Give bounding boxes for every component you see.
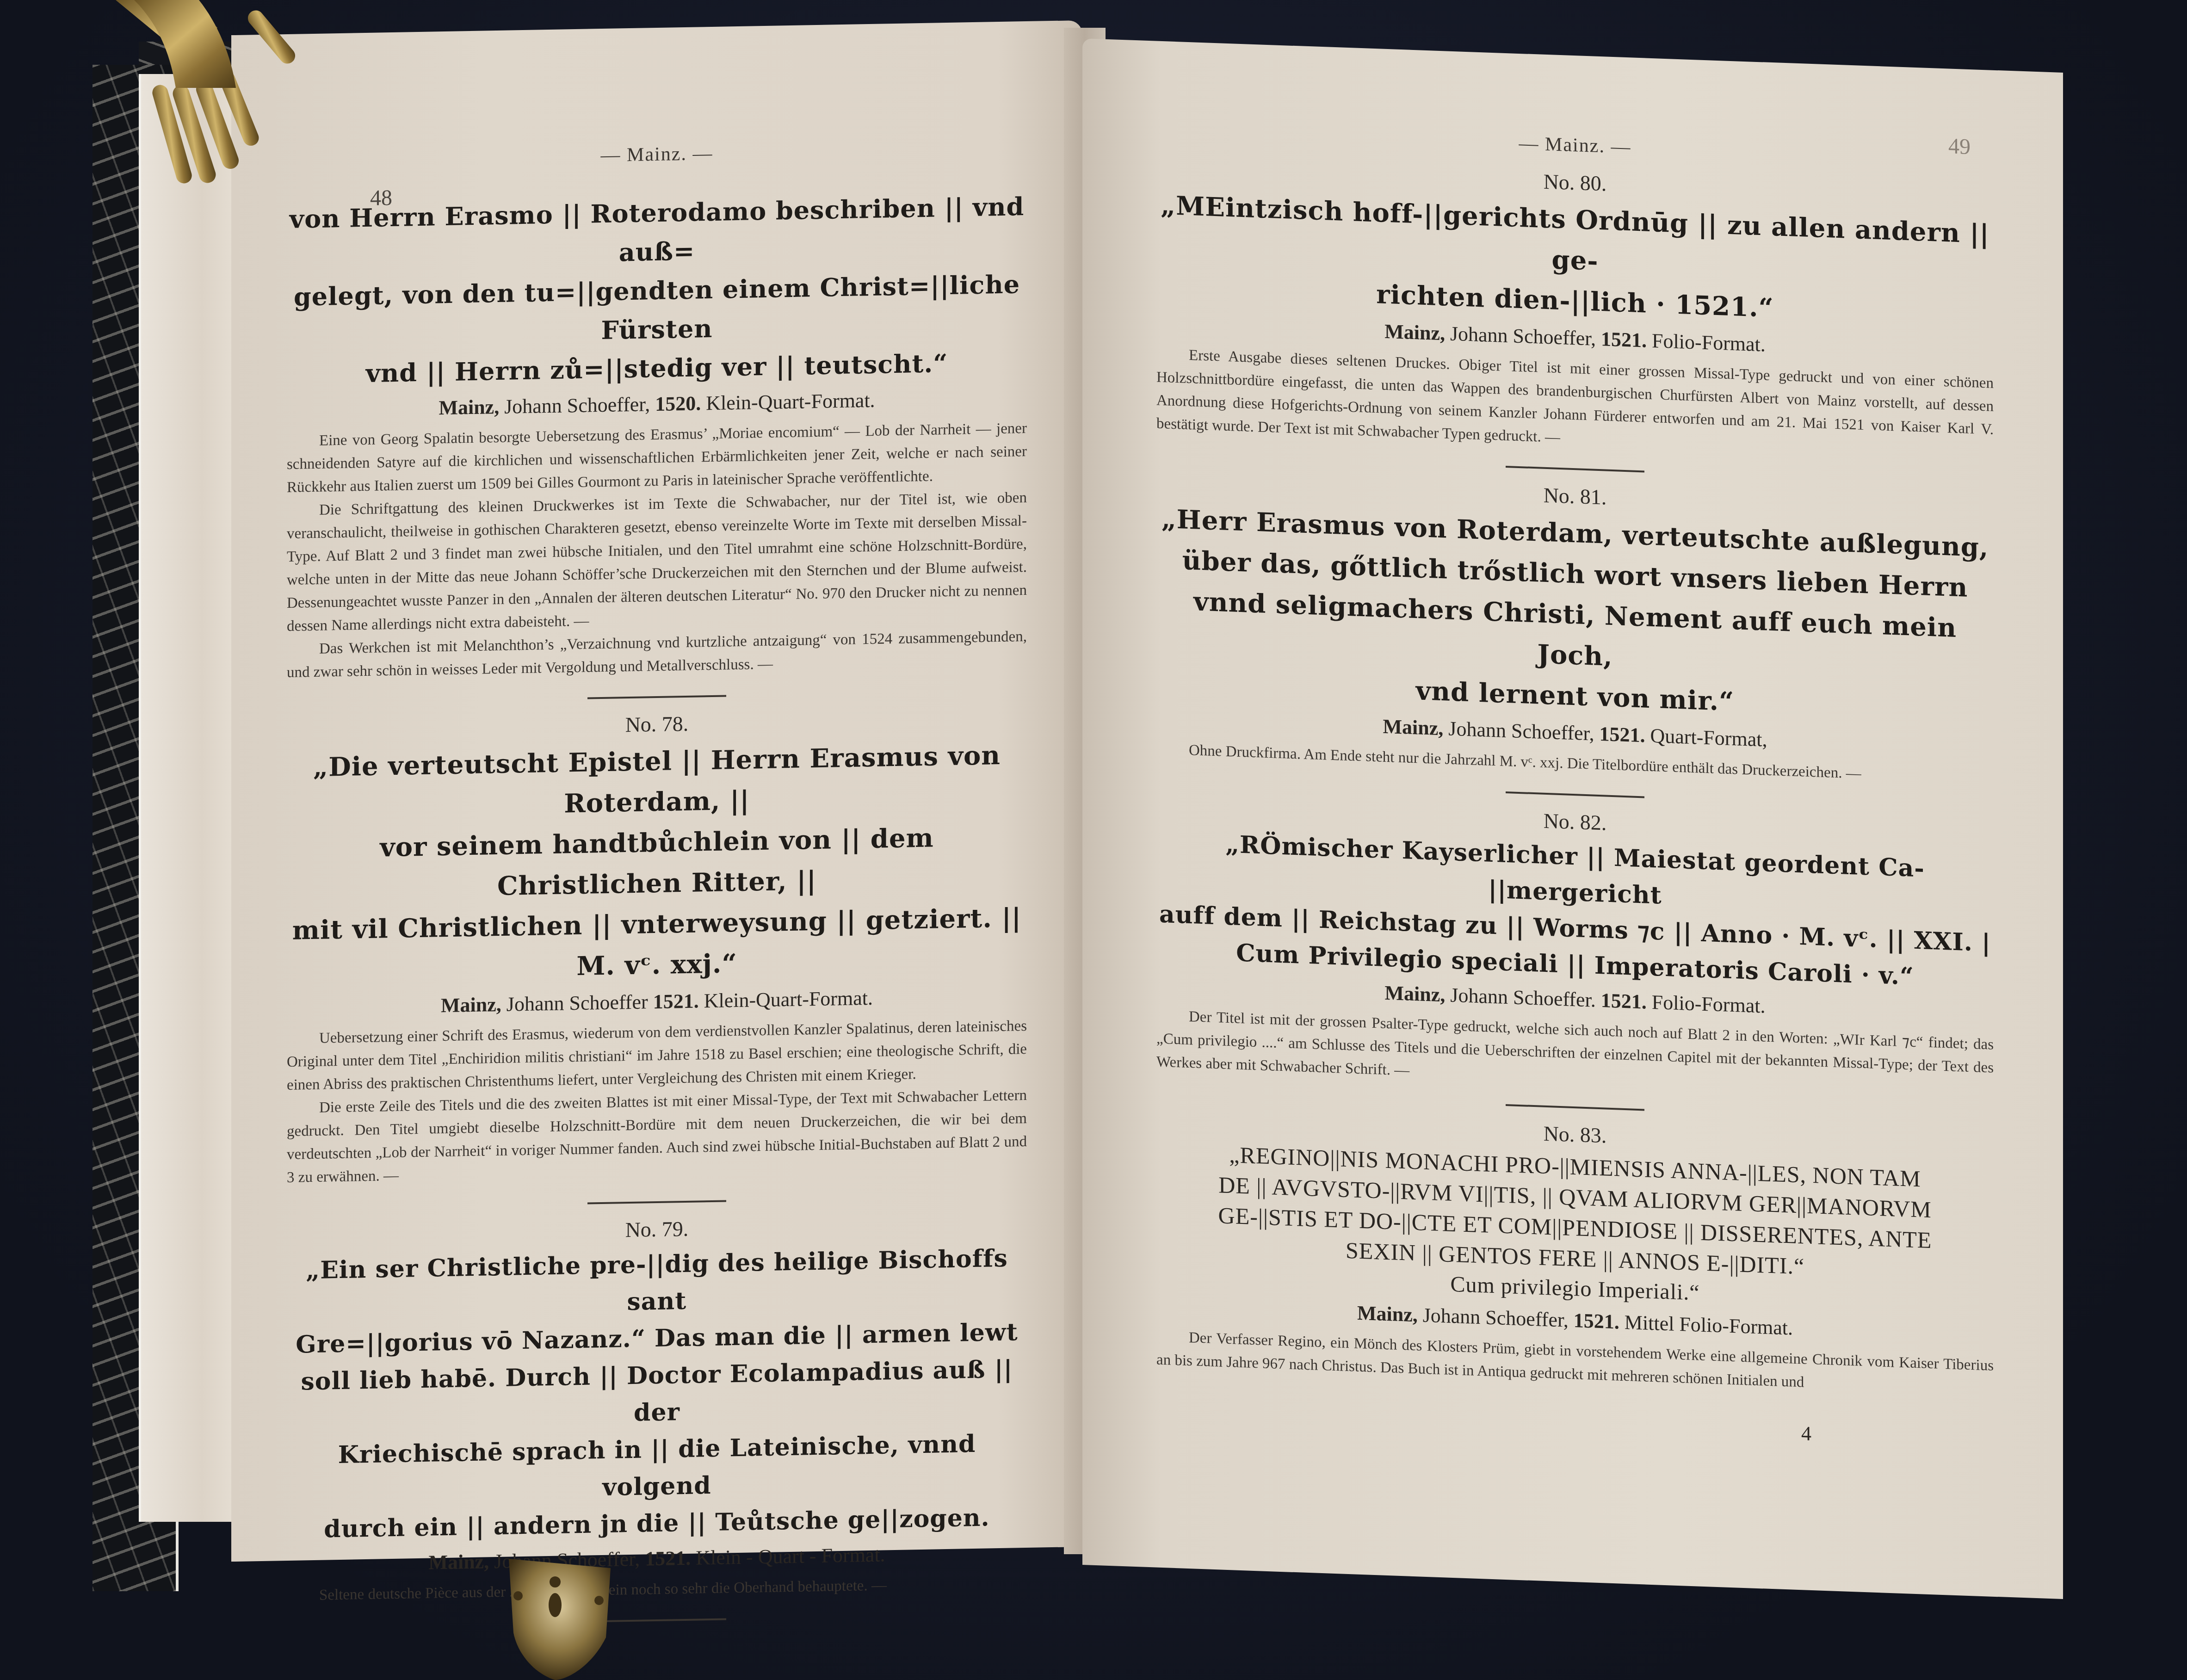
entry-83: No. 83. „REGINO||NIS MONACHI PRO-||MIENS… [1156, 1108, 1994, 1401]
page-number: 48 [370, 185, 392, 211]
page-number: 49 [1948, 133, 1971, 160]
divider-rule [1506, 1104, 1644, 1111]
divider-rule [587, 1200, 726, 1204]
entry-79: No. 79. „Ein ser Christliche pre-||dig d… [287, 1211, 1027, 1607]
entry-title: „Herr Erasmus von Roterdam, verteutschte… [1156, 499, 1994, 731]
entry-title: „REGINO||NIS MONACHI PRO-||MIENSIS ANNA-… [1156, 1137, 1994, 1319]
entry-80: No. 80. „MEintzisch hoff-||gerichts Ordn… [1156, 156, 1994, 464]
entry-description: Eine von Georg Spalatin besorgte Ueberse… [287, 417, 1027, 684]
entry-title: „MEintzisch hoff-||gerichts Ordnūg || zu… [1156, 185, 1994, 336]
entry-title: „Die verteutscht Epistel || Herrn Erasmu… [287, 735, 1027, 992]
divider-rule [1506, 466, 1644, 472]
entry-description: Uebersetzung einer Schrift des Erasmus, … [287, 1014, 1027, 1189]
entry-77-continuation: von Herrn Erasmo || Roterodamo beschribe… [287, 187, 1027, 684]
running-head: — Mainz. — [287, 137, 1027, 172]
entry-81: No. 81. „Herr Erasmus von Roterdam, vert… [1156, 469, 1994, 790]
entry-78: No. 78. „Die verteutscht Epistel || Herr… [287, 705, 1027, 1189]
divider-rule [587, 695, 726, 699]
right-page: 49 — Mainz. — No. 80. „MEintzisch hoff-|… [1082, 38, 2063, 1599]
brass-hand-clasp-icon [79, 0, 301, 194]
entry-title: „RÖmischer Kayserlicher || Maiestat geor… [1156, 824, 1994, 998]
brass-ornament-icon [500, 1554, 620, 1680]
entry-title: von Herrn Erasmo || Roterodamo beschribe… [287, 187, 1027, 394]
entry-description: Erste Ausgabe dieses seltenen Druckes. O… [1156, 343, 1994, 464]
signature-mark: 4 [1156, 1399, 1994, 1452]
page-stack-edge [139, 74, 243, 1522]
divider-rule [1506, 791, 1644, 798]
entry-description: Seltene deutsche Pièce aus der Zeit, wo … [287, 1571, 1027, 1607]
entry-title: „Ein ser Christliche pre-||dig des heili… [287, 1240, 1027, 1549]
entry-82: No. 82. „RÖmischer Kayserlicher || Maies… [1156, 795, 1994, 1103]
left-page: 48 — Mainz. — von Herrn Erasmo || Rotero… [231, 20, 1082, 1562]
